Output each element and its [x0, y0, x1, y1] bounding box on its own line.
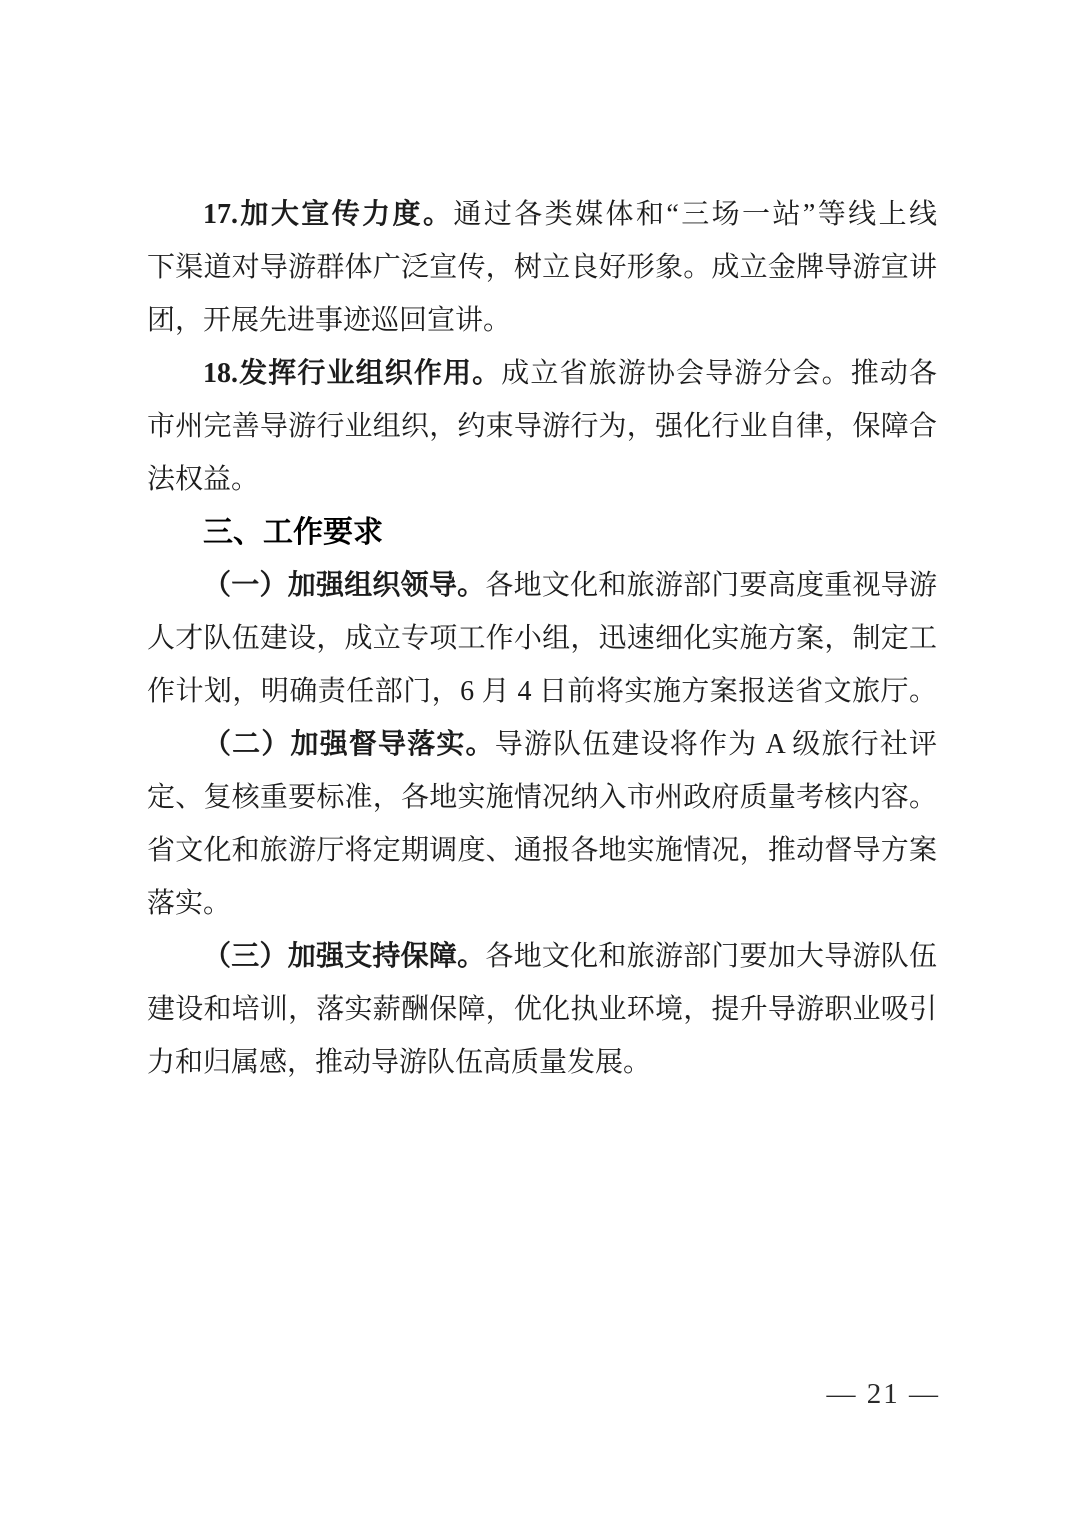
- paragraph-lead: （一）加强组织领导。: [203, 570, 485, 601]
- text-line: （一）加强组织领导。各地文化和旅游部门要高度重视导游: [147, 559, 937, 612]
- text-line: 市州完善导游行业组织，约束导游行为，强化行业自律，保障合: [147, 400, 937, 453]
- text-line: 17.加大宣传力度。通过各类媒体和“三场一站”等线上线: [147, 188, 937, 241]
- text-line: 法权益。: [147, 453, 937, 506]
- paragraph-text: 法权益。: [147, 464, 259, 495]
- paragraph-text: 建设和培训，落实薪酬保障，优化执业环境，提升导游职业吸引: [147, 994, 937, 1025]
- paragraph-text: 各地文化和旅游部门要高度重视导游: [485, 570, 937, 601]
- paragraph-text: 团，开展先进事迹巡回宣讲。: [147, 305, 511, 336]
- text-line: 18.发挥行业组织作用。成立省旅游协会导游分会。推动各: [147, 347, 937, 400]
- paragraph-text: 导游队伍建设将作为 A 级旅行社评: [495, 729, 937, 760]
- text-line: 团，开展先进事迹巡回宣讲。: [147, 294, 937, 347]
- text-line: （三）加强支持保障。各地文化和旅游部门要加大导游队伍: [147, 930, 937, 983]
- paragraph-lead: （三）加强支持保障。: [203, 941, 485, 972]
- paragraph: （三）加强支持保障。各地文化和旅游部门要加大导游队伍建设和培训，落实薪酬保障，优…: [147, 930, 937, 1089]
- paragraph: 18.发挥行业组织作用。成立省旅游协会导游分会。推动各市州完善导游行业组织，约束…: [147, 347, 937, 506]
- section-heading: 三、工作要求: [147, 506, 937, 559]
- paragraph-text: 落实。: [147, 888, 231, 919]
- paragraph-text: 人才队伍建设，成立专项工作小组，迅速细化实施方案，制定工: [147, 623, 937, 654]
- text-line: 建设和培训，落实薪酬保障，优化执业环境，提升导游职业吸引: [147, 983, 937, 1036]
- paragraph-text: 定、复核重要标准，各地实施情况纳入市州政府质量考核内容。: [147, 782, 937, 813]
- paragraph-lead: 18.发挥行业组织作用。: [203, 358, 501, 389]
- text-line: 下渠道对导游群体广泛宣传，树立良好形象。成立金牌导游宣讲: [147, 241, 937, 294]
- paragraph-text: 各地文化和旅游部门要加大导游队伍: [485, 941, 937, 972]
- page-number: — 21 —: [827, 1378, 941, 1411]
- text-line: 省文化和旅游厅将定期调度、通报各地实施情况，推动督导方案: [147, 824, 937, 877]
- paragraph-text: 市州完善导游行业组织，约束导游行为，强化行业自律，保障合: [147, 411, 937, 442]
- paragraph-text: 作计划，明确责任部门，6 月 4 日前将实施方案报送省文旅厅。: [147, 676, 937, 707]
- paragraph: （二）加强督导落实。导游队伍建设将作为 A 级旅行社评定、复核重要标准，各地实施…: [147, 718, 937, 930]
- paragraph: 17.加大宣传力度。通过各类媒体和“三场一站”等线上线下渠道对导游群体广泛宣传，…: [147, 188, 937, 347]
- paragraph-lead: 17.加大宣传力度。: [203, 199, 453, 230]
- paragraph-lead: （二）加强督导落实。: [203, 729, 495, 760]
- text-line: 人才队伍建设，成立专项工作小组，迅速细化实施方案，制定工: [147, 612, 937, 665]
- text-line: 作计划，明确责任部门，6 月 4 日前将实施方案报送省文旅厅。: [147, 665, 937, 718]
- text-line: （二）加强督导落实。导游队伍建设将作为 A 级旅行社评: [147, 718, 937, 771]
- document-page: 17.加大宣传力度。通过各类媒体和“三场一站”等线上线下渠道对导游群体广泛宣传，…: [0, 0, 1074, 1520]
- text-line: 落实。: [147, 877, 937, 930]
- paragraph-text: 下渠道对导游群体广泛宣传，树立良好形象。成立金牌导游宣讲: [147, 252, 937, 283]
- document-content: 17.加大宣传力度。通过各类媒体和“三场一站”等线上线下渠道对导游群体广泛宣传，…: [147, 188, 937, 1089]
- text-line: 力和归属感，推动导游队伍高质量发展。: [147, 1036, 937, 1089]
- text-line: 定、复核重要标准，各地实施情况纳入市州政府质量考核内容。: [147, 771, 937, 824]
- paragraph: （一）加强组织领导。各地文化和旅游部门要高度重视导游人才队伍建设，成立专项工作小…: [147, 559, 937, 718]
- paragraph-text: 成立省旅游协会导游分会。推动各: [501, 358, 937, 389]
- paragraph-text: 力和归属感，推动导游队伍高质量发展。: [147, 1047, 651, 1078]
- paragraph-text: 通过各类媒体和“三场一站”等线上线: [453, 199, 937, 230]
- paragraph-text: 省文化和旅游厅将定期调度、通报各地实施情况，推动督导方案: [147, 835, 937, 866]
